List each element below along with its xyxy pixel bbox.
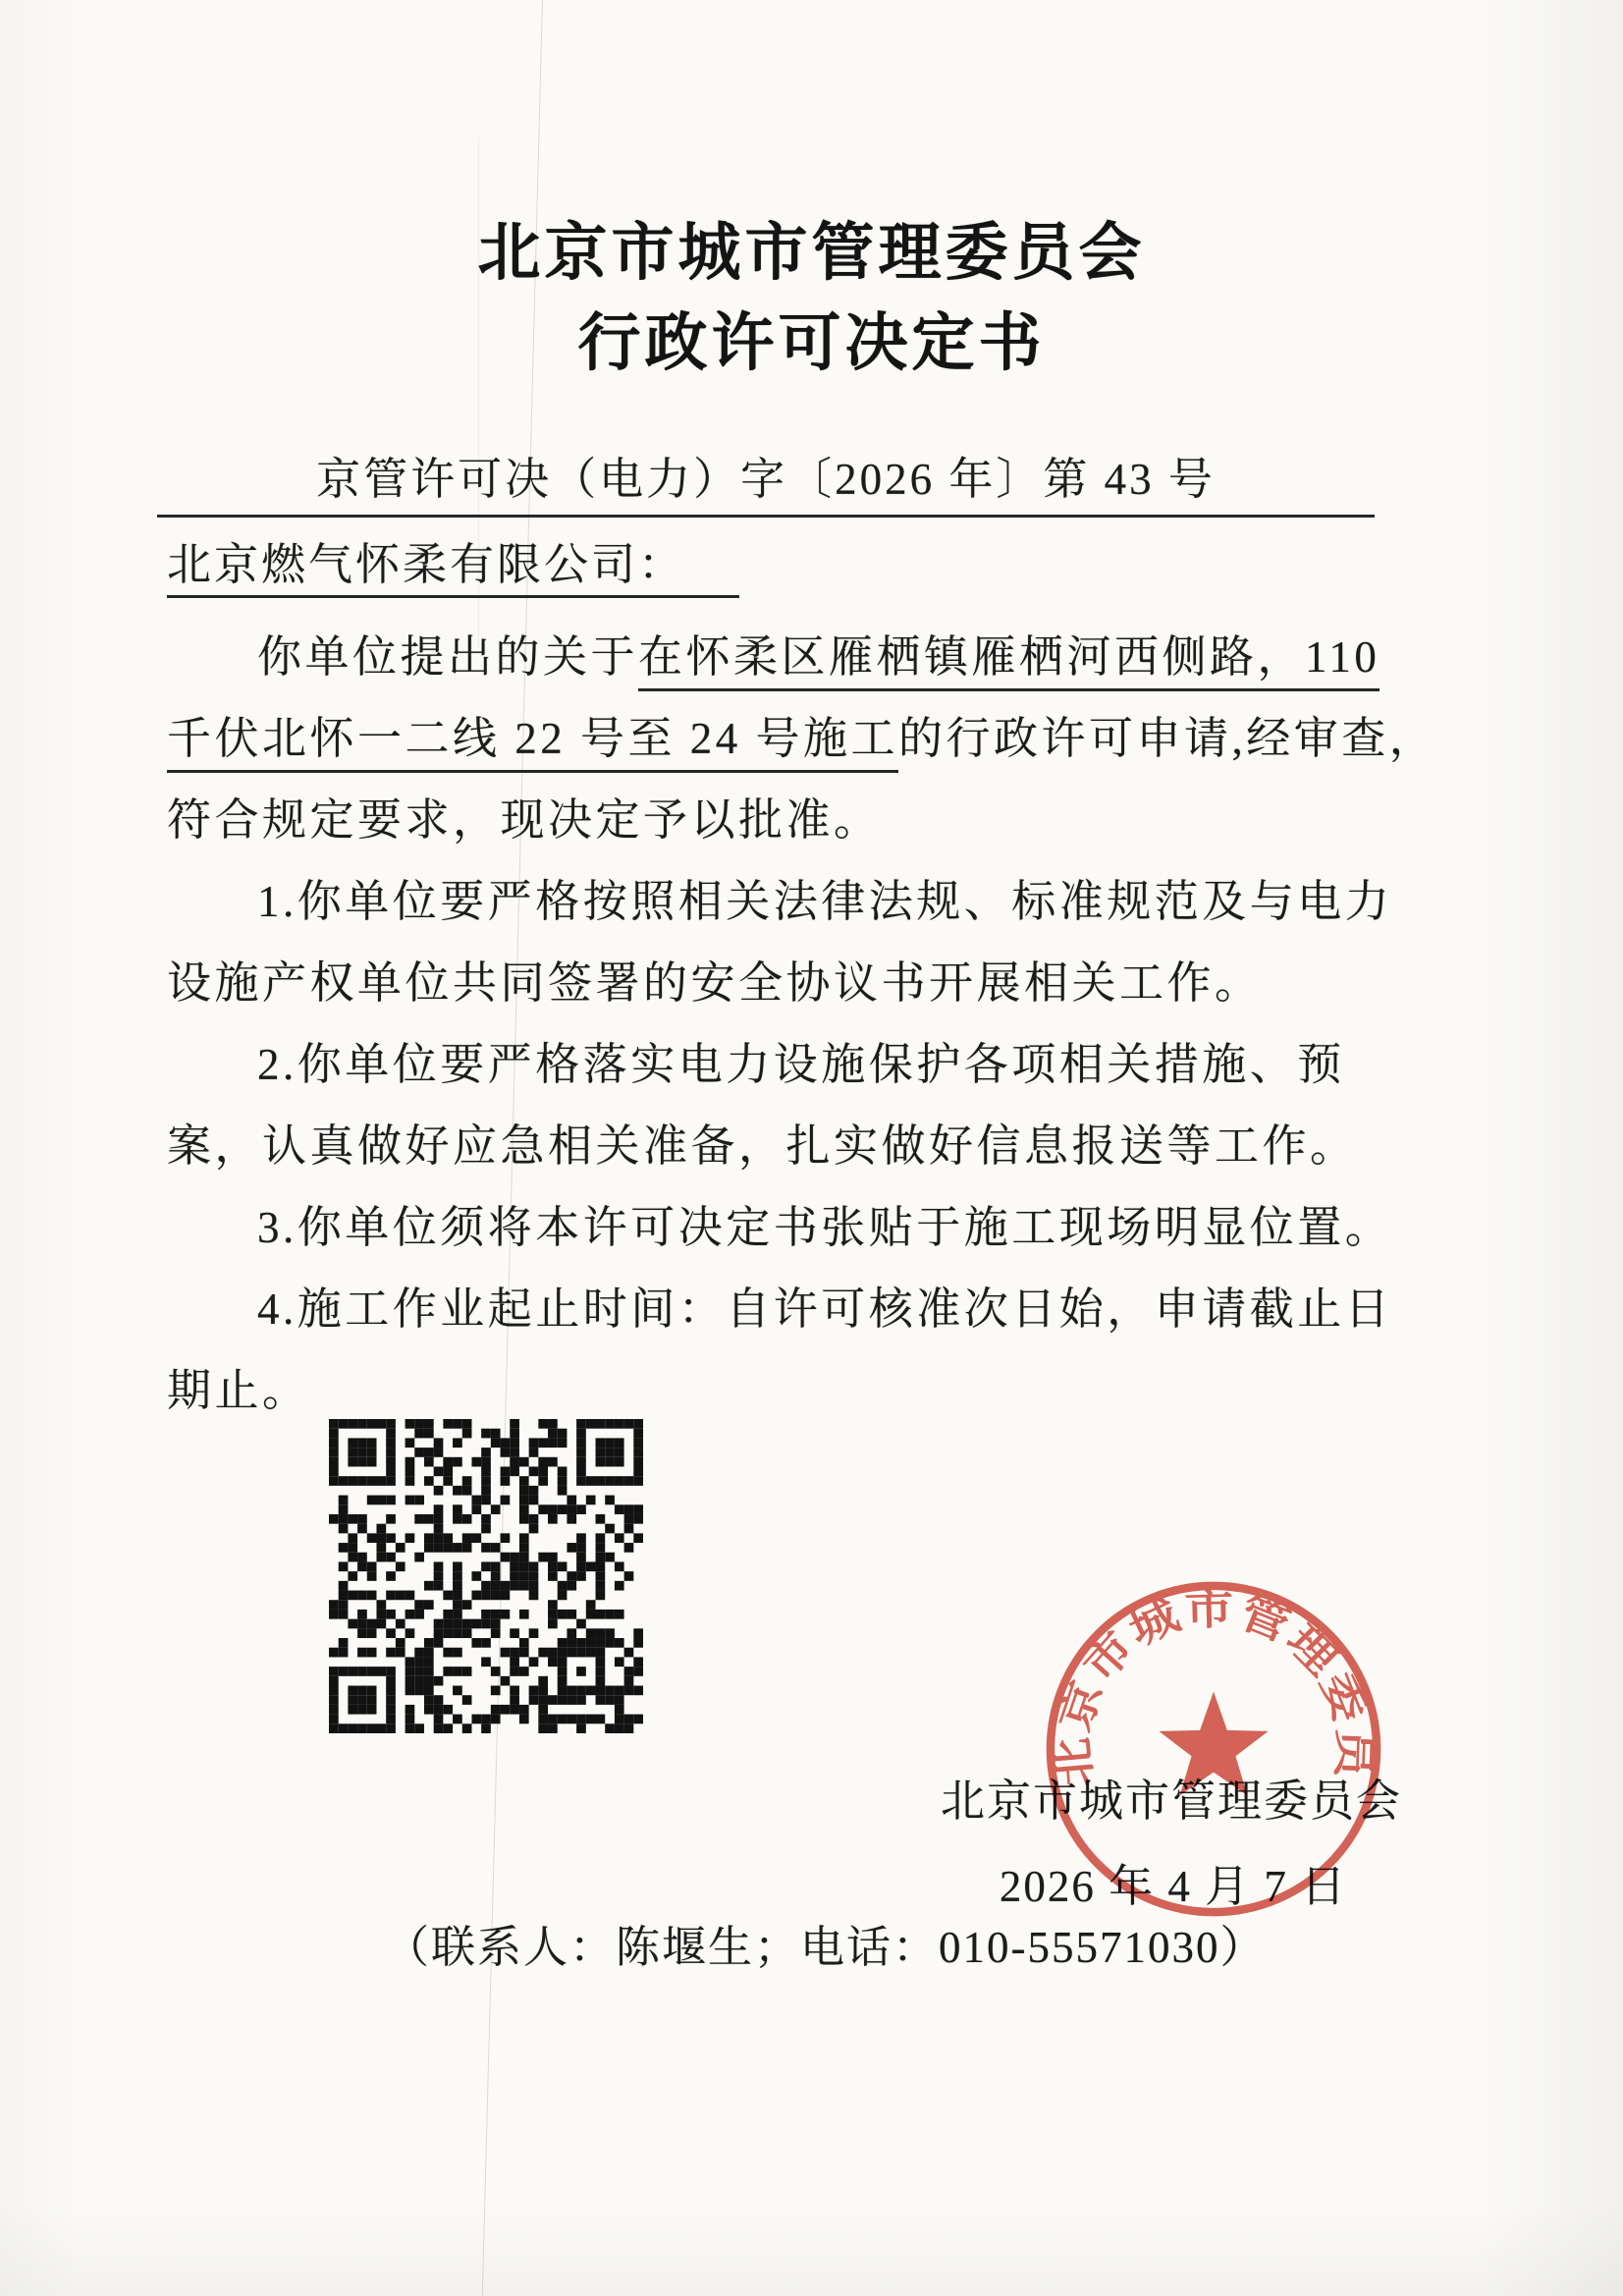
- body-line: 1.你单位要严格按照相关法律法规、标准规范及与电力: [167, 861, 1468, 943]
- body-line: 你单位提出的关于在怀柔区雁栖镇雁栖河西侧路，110: [167, 617, 1468, 698]
- signature-date: 2026 年 4 月 7 日: [997, 1856, 1350, 1917]
- contact-line: （联系人：陈堰生；电话：010-55571030）: [385, 1915, 1267, 1980]
- body-line: 设施产权单位共同签署的安全协议书开展相关工作。: [167, 943, 1468, 1024]
- scanned-document-page: 北京市城市管理委员会 行政许可决定书 京管许可决（电力）字〔2026 年〕第 4…: [0, 0, 1623, 2296]
- body-line: 案，认真做好应急相关准备，扎实做好信息报送等工作。: [167, 1106, 1468, 1187]
- svg-text:北京市城市管理委员会: 北京市城市管理委员会: [1033, 1568, 1377, 1788]
- body-line: 3.你单位须将本许可决定书张贴于施工现场明显位置。: [167, 1187, 1468, 1269]
- body-line: 2.你单位要严格落实电力设施保护各项相关措施、预: [167, 1024, 1468, 1106]
- addressee-name: 北京燃气怀柔有限公司：: [167, 540, 739, 598]
- document-title-line1: 北京市城市管理委员会: [0, 202, 1623, 293]
- document-title-line2: 行政许可决定书: [0, 293, 1623, 383]
- body-line: 4.施工作业起止时间：自许可核准次日始，申请截止日: [167, 1269, 1468, 1350]
- document-number: 京管许可决（电力）字〔2026 年〕第 43 号: [157, 444, 1375, 518]
- addressee-line: 北京燃气怀柔有限公司：: [167, 530, 739, 599]
- qr-code-icon: [329, 1419, 643, 1733]
- signature-organization: 北京市城市管理委员会: [941, 1768, 1392, 1834]
- seal-ring-text: 北京市城市管理委员会: [1033, 1568, 1377, 1788]
- body-line: 符合规定要求，现决定予以批准。: [167, 780, 1468, 861]
- body-paragraphs: 你单位提出的关于在怀柔区雁栖镇雁栖河西侧路，110 千伏北怀一二线 22 号至 …: [167, 617, 1468, 1432]
- body-line: 千伏北怀一二线 22 号至 24 号施工的行政许可申请,经审查，: [167, 698, 1468, 780]
